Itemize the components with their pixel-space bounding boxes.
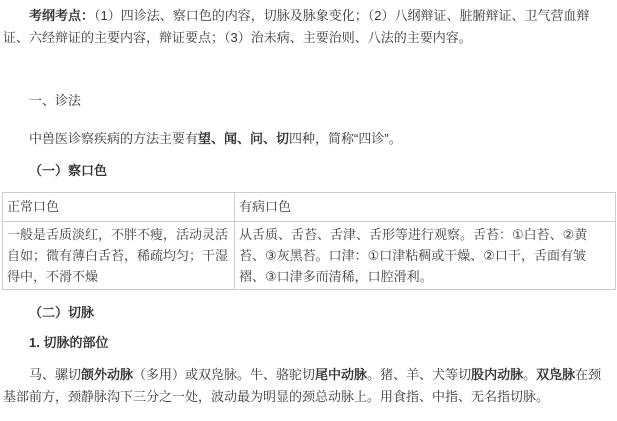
text-run: 。猪、羊、犬等切 — [367, 367, 471, 382]
bold-key-term: 尾中动脉 — [315, 367, 367, 382]
table-cell-normal-mouth-color: 一般是舌质淡红，不胖不瘦，活动灵活自如；微有薄白舌苔，稀疏均匀；干湿得中，不滑不… — [3, 222, 235, 290]
bold-key-term: 双凫脉 — [536, 367, 575, 382]
pulse-location-heading: 1. 切脉的部位 — [1, 332, 616, 354]
subsection-heading-pulse: （二）切脉 — [1, 302, 616, 324]
bold-key-term: 考纲考点： — [29, 8, 94, 23]
table-header-row: 正常口色 有病口色 — [3, 193, 616, 222]
text-run: 四种，简称“四诊”。 — [289, 131, 402, 146]
bold-key-term: 颌外动脉 — [81, 367, 133, 382]
bold-key-term: 股内动脉 — [471, 367, 523, 382]
mouth-color-table: 正常口色 有病口色 一般是舌质淡红，不胖不瘦，活动灵活自如；微有薄白舌苔，稀疏均… — [2, 192, 616, 290]
document-page: 考纲考点：（1）四诊法、察口色的内容，切脉及脉象变化；（2）八纲辩证、脏腑辩证、… — [0, 0, 617, 421]
text-run: 中兽医诊察疾病的方法主要有 — [29, 131, 198, 146]
table-header-normal-mouth-color: 正常口色 — [3, 193, 235, 222]
text-run: 。 — [523, 367, 536, 382]
section-heading-diagnosis: 一、诊法 — [1, 90, 616, 112]
subsection-heading-mouth-color: （一）察口色 — [1, 160, 616, 182]
exam-outline-paragraph: 考纲考点：（1）四诊法、察口色的内容，切脉及脉象变化；（2）八纲辩证、脏腑辩证、… — [1, 5, 616, 49]
text-run: 马、骡切 — [29, 367, 81, 382]
table-cell-diseased-mouth-color: 从舌质、舌苔、舌津、舌形等进行观察。舌苔：①白苔、②黄苔、③灰黑苔。口津：①口津… — [235, 222, 616, 290]
text-run: （多用）或双凫脉。牛、骆驼切 — [133, 367, 315, 382]
table-row: 一般是舌质淡红，不胖不瘦，活动灵活自如；微有薄白舌苔，稀疏均匀；干湿得中，不滑不… — [3, 222, 616, 290]
pulse-location-paragraph: 马、骡切颌外动脉（多用）或双凫脉。牛、骆驼切尾中动脉。猪、羊、犬等切股内动脉。双… — [1, 364, 616, 408]
bold-key-term: 望、闻、问、切 — [198, 131, 289, 146]
table-header-diseased-mouth-color: 有病口色 — [235, 193, 616, 222]
four-diagnosis-paragraph: 中兽医诊察疾病的方法主要有望、闻、问、切四种，简称“四诊”。 — [1, 128, 616, 150]
